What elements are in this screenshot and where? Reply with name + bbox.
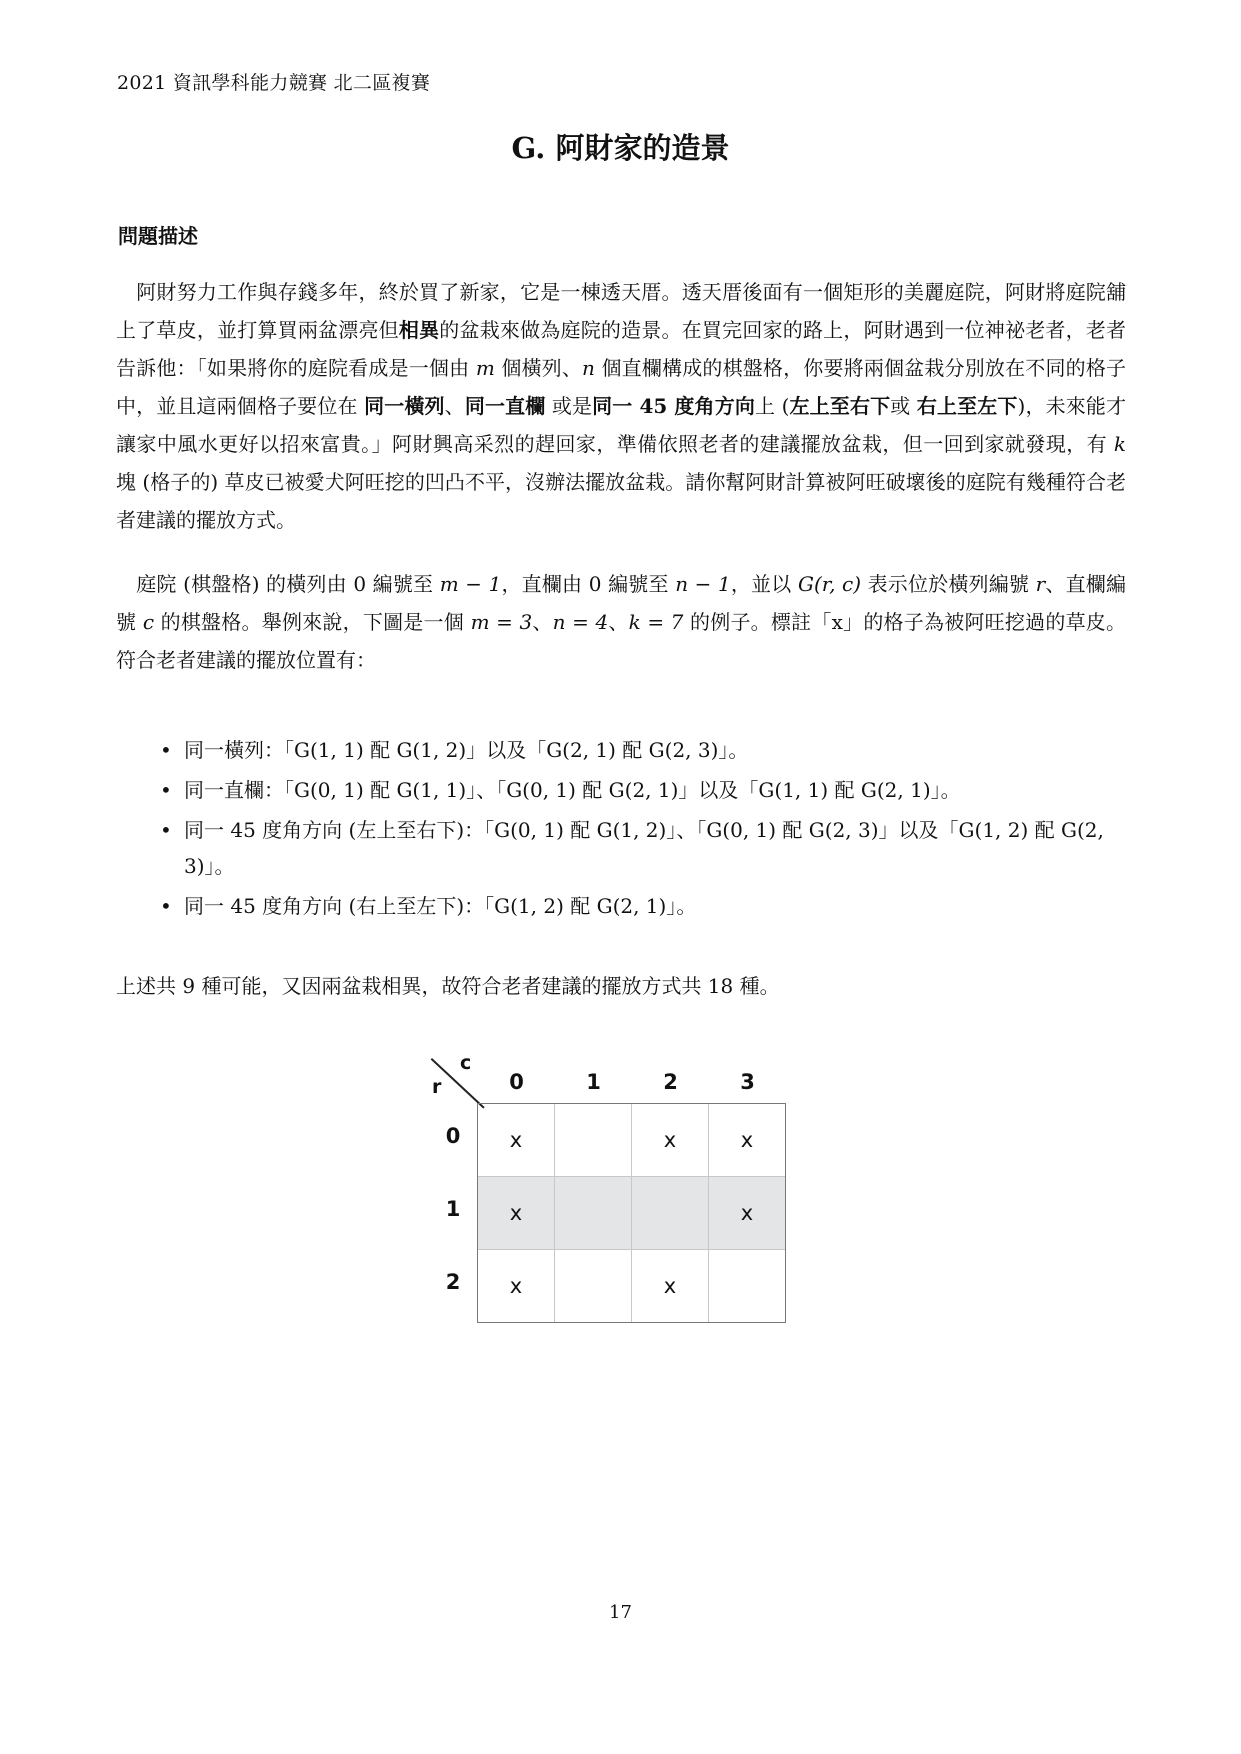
column-axis-label: c <box>460 1052 471 1074</box>
column-label: 2 <box>632 1070 709 1094</box>
list-item: •同一 45 度角方向 (左上至右下)：「G(0, 1) 配 G(1, 2)」、… <box>156 812 1131 884</box>
list-item-text: 同一橫列：「G(1, 1) 配 G(1, 2)」以及「G(2, 1) 配 G(2… <box>184 738 748 762</box>
list-item: •同一直欄：「G(0, 1) 配 G(1, 1)」、「G(0, 1) 配 G(2… <box>156 772 1131 808</box>
math-r: r <box>1036 572 1046 596</box>
grid-cell <box>555 1177 632 1250</box>
bullet-icon: • <box>160 732 172 768</box>
row-label: 1 <box>438 1197 468 1221</box>
text: 個橫列、 <box>495 356 582 380</box>
grid-cell <box>709 1250 786 1323</box>
list-item-text: 同一 45 度角方向 (左上至右下)：「G(0, 1) 配 G(1, 2)」、「… <box>184 818 1104 878</box>
garden-grid-table: x x x x x x x <box>477 1103 786 1323</box>
grid-cell: x <box>632 1104 709 1177</box>
bullet-icon: • <box>160 812 172 848</box>
row-label: 2 <box>438 1270 468 1294</box>
page-number: 17 <box>0 1602 1241 1623</box>
grid-cell: x <box>709 1104 786 1177</box>
column-label: 1 <box>555 1070 632 1094</box>
problem-name: 阿財家的造景 <box>555 131 729 165</box>
grid-row: x x <box>478 1250 786 1323</box>
math-k: k <box>1114 432 1126 456</box>
emphasis: 同一直欄 <box>465 394 546 418</box>
description-paragraph-1: 阿財努力工作與存錢多年，終於買了新家，它是一棟透天厝。透天厝後面有一個矩形的美麗… <box>116 273 1126 539</box>
text: ，並以 <box>731 572 798 596</box>
math-c: c <box>143 610 154 634</box>
text: 、 <box>608 610 628 634</box>
emphasis: 相異 <box>399 318 439 342</box>
emphasis: 右上至左下 <box>917 394 1018 418</box>
grid-row-highlighted: x x <box>478 1177 786 1250</box>
example-placements-list: •同一橫列：「G(1, 1) 配 G(1, 2)」以及「G(2, 1) 配 G(… <box>156 732 1131 928</box>
text: ，直欄由 0 編號至 <box>501 572 675 596</box>
text: 、 <box>532 610 552 634</box>
problem-title: G. 阿財家的造景 <box>0 126 1241 167</box>
problem-letter: G. <box>512 131 546 165</box>
list-item: •同一 45 度角方向 (右上至左下)：「G(1, 2) 配 G(2, 1)」。 <box>156 888 1131 924</box>
text: 或是 <box>545 394 592 418</box>
grid-cell: x <box>478 1104 555 1177</box>
grid-cell <box>555 1104 632 1177</box>
description-paragraph-2: 庭院 (棋盤格) 的橫列由 0 編號至 m − 1，直欄由 0 編號至 n − … <box>116 565 1126 679</box>
list-item-text: 同一 45 度角方向 (右上至左下)：「G(1, 2) 配 G(2, 1)」。 <box>184 894 696 918</box>
grid-cell: x <box>709 1177 786 1250</box>
math-expr: m = 3 <box>471 610 533 634</box>
text: 塊 (格子的) 草皮已被愛犬阿旺挖的凹凸不平，沒辦法擺放盆栽。請你幫阿財計算被阿… <box>116 470 1126 532</box>
row-label: 0 <box>438 1124 468 1148</box>
grid-row: x x x <box>478 1104 786 1177</box>
section-heading: 問題描述 <box>118 220 198 249</box>
math-expr: k = 7 <box>629 610 684 634</box>
emphasis: 同一 45 度角方向 <box>592 394 755 418</box>
grid-cell: x <box>478 1250 555 1323</box>
text: 表示位於橫列編號 <box>861 572 1036 596</box>
grid-cell <box>632 1177 709 1250</box>
list-item-text: 同一直欄：「G(0, 1) 配 G(1, 1)」、「G(0, 1) 配 G(2,… <box>184 778 961 802</box>
text: 庭院 (棋盤格) 的橫列由 0 編號至 <box>136 572 440 596</box>
page-header: 2021 資訊學科能力競賽 北二區複賽 <box>117 68 430 95</box>
grid-cell: x <box>632 1250 709 1323</box>
grid-cell <box>555 1250 632 1323</box>
math-expr: G(r, c) <box>798 572 861 596</box>
text: 的棋盤格。舉例來說，下圖是一個 <box>154 610 471 634</box>
garden-grid: x x x x x x x <box>477 1103 786 1323</box>
bullet-icon: • <box>160 888 172 924</box>
list-item: •同一橫列：「G(1, 1) 配 G(1, 2)」以及「G(2, 1) 配 G(… <box>156 732 1131 768</box>
emphasis: 左上至右下 <box>789 394 890 418</box>
bullet-icon: • <box>160 772 172 808</box>
summary-text: 上述共 9 種可能，又因兩盆栽相異，故符合老者建議的擺放方式共 18 種。 <box>116 970 780 999</box>
text: 上 ( <box>755 394 789 418</box>
math-n: n <box>582 356 595 380</box>
math-expr: n − 1 <box>675 572 730 596</box>
math-expr: m − 1 <box>440 572 502 596</box>
column-label: 0 <box>478 1070 555 1094</box>
emphasis: 同一橫列 <box>364 394 445 418</box>
column-label: 3 <box>709 1070 786 1094</box>
math-expr: n = 4 <box>553 610 609 634</box>
text: 或 <box>890 394 917 418</box>
row-axis-label: r <box>432 1076 441 1098</box>
math-m: m <box>476 356 495 380</box>
text: 、 <box>445 394 465 418</box>
grid-cell: x <box>478 1177 555 1250</box>
